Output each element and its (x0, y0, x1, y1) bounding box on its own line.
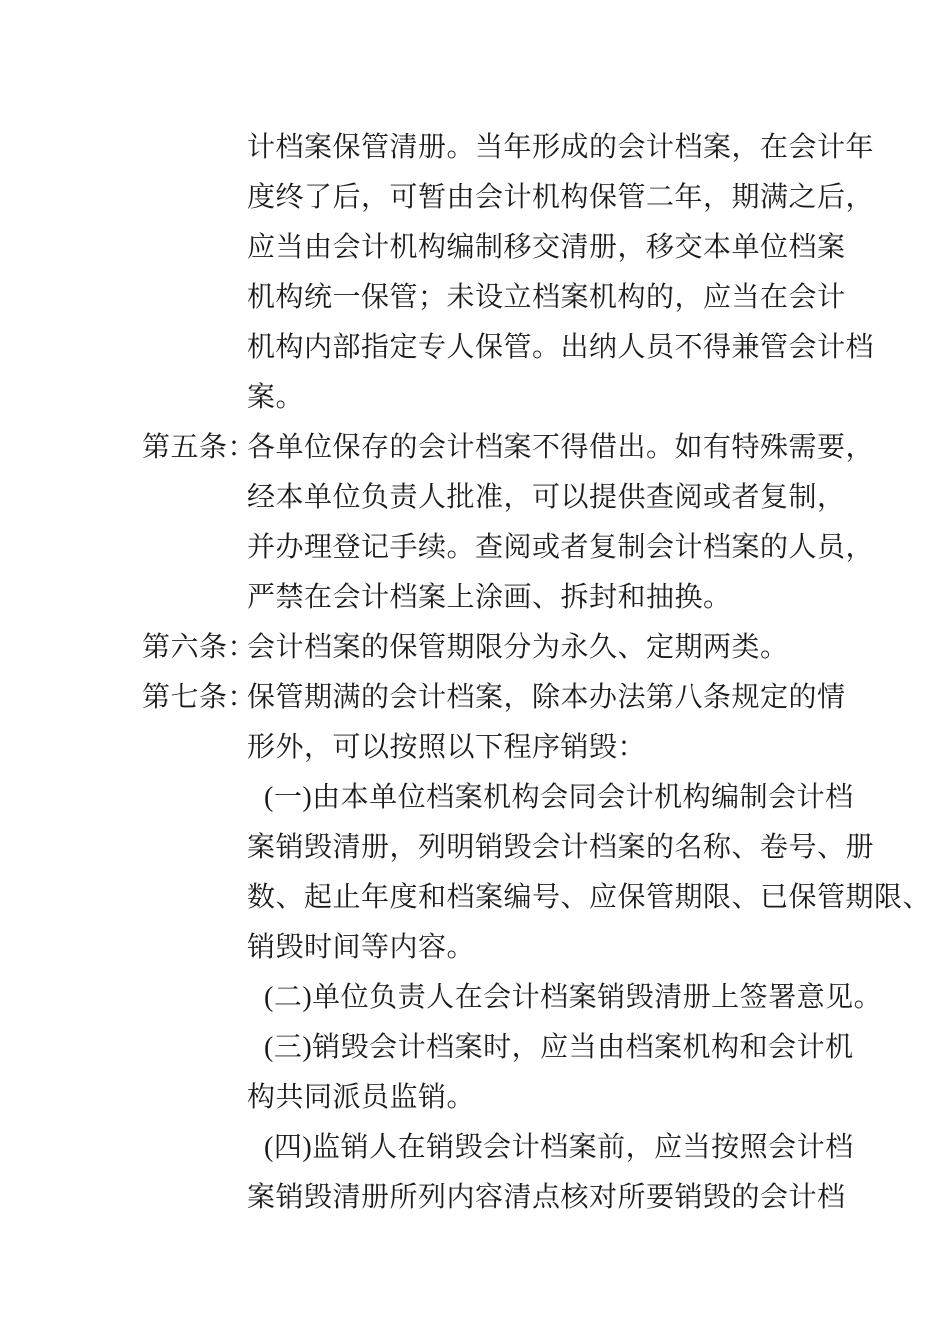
document-page: 计档案保管清册。当年形成的会计档案，在会计年 度终了后，可暂由会计机构保管二年，… (0, 0, 950, 1344)
article-label: 第七条： (142, 673, 247, 723)
text-line: 计档案保管清册。当年形成的会计档案，在会计年 (0, 123, 950, 173)
text-line-article-7: 第七条：保管期满的会计档案，除本办法第八条规定的情 (0, 673, 950, 723)
text-line: 经本单位负责人批准，可以提供查阅或者复制， (0, 473, 950, 523)
article-label: 第六条： (142, 623, 247, 673)
text-line-item-2: (二)单位负责人在会计档案销毁清册上签署意见。 (0, 973, 950, 1023)
text-line: 机构内部指定专人保管。出纳人员不得兼管会计档 (0, 323, 950, 373)
article-text: 各单位保存的会计档案不得借出。如有特殊需要， (247, 432, 874, 463)
text-line: 案销毁清册，列明销毁会计档案的名称、卷号、册 (0, 823, 950, 873)
article-text: 保管期满的会计档案，除本办法第八条规定的情 (247, 682, 846, 713)
text-line-item-4: (四)监销人在销毁会计档案前，应当按照会计档 (0, 1123, 950, 1173)
text-line: 度终了后，可暂由会计机构保管二年，期满之后， (0, 173, 950, 223)
article-text: 会计档案的保管期限分为永久、定期两类。 (247, 632, 789, 663)
text-line: 数、起止年度和档案编号、应保管期限、已保管期限、 (0, 873, 950, 923)
text-line: 并办理登记手续。查阅或者复制会计档案的人员， (0, 523, 950, 573)
text-line: 机构统一保管；未设立档案机构的，应当在会计 (0, 273, 950, 323)
text-line: 构共同派员监销。 (0, 1073, 950, 1123)
text-line-item-1: (一)由本单位档案机构会同会计机构编制会计档 (0, 773, 950, 823)
text-line: 销毁时间等内容。 (0, 923, 950, 973)
text-line-article-6: 第六条：会计档案的保管期限分为永久、定期两类。 (0, 623, 950, 673)
text-line-item-3: (三)销毁会计档案时，应当由档案机构和会计机 (0, 1023, 950, 1073)
text-line: 形外，可以按照以下程序销毁： (0, 723, 950, 773)
text-line: 严禁在会计档案上涂画、拆封和抽换。 (0, 573, 950, 623)
article-label: 第五条： (142, 423, 247, 473)
text-line: 案销毁清册所列内容清点核对所要销毁的会计档 (0, 1173, 950, 1223)
document-text: 计档案保管清册。当年形成的会计档案，在会计年 度终了后，可暂由会计机构保管二年，… (0, 123, 950, 1223)
text-line: 案。 (0, 373, 950, 423)
text-line-article-5: 第五条：各单位保存的会计档案不得借出。如有特殊需要， (0, 423, 950, 473)
text-line: 应当由会计机构编制移交清册，移交本单位档案 (0, 223, 950, 273)
